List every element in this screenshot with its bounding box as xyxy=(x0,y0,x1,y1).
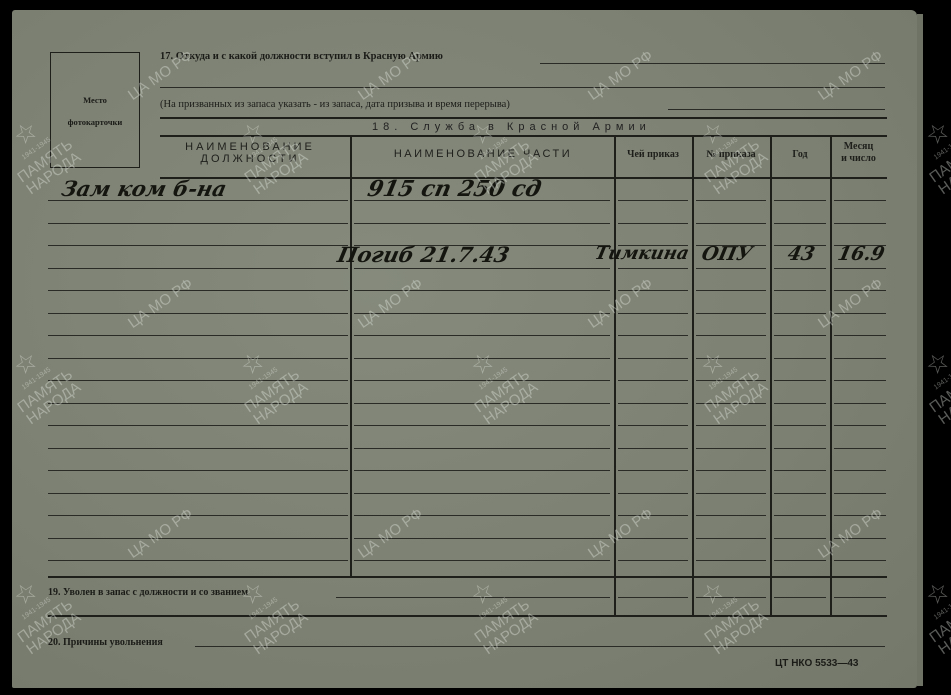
col-header-unit: НАИМЕНОВАНИЕ ЧАСТИ xyxy=(352,148,614,160)
ruled-line xyxy=(774,358,826,359)
ruled-line xyxy=(354,268,610,269)
watermark-years: 1941-1945 xyxy=(918,585,951,633)
ruled-line xyxy=(774,290,826,291)
col-divider-1 xyxy=(350,137,352,577)
ruled-line xyxy=(696,223,766,224)
ruled-line xyxy=(834,470,886,471)
field20-label: 20. Причины увольнения xyxy=(48,637,163,648)
ruled-line xyxy=(48,245,348,246)
watermark-line2: НАРОДА xyxy=(936,149,951,197)
ruled-line xyxy=(618,597,688,598)
ruled-line xyxy=(618,290,688,291)
photo-label-line1: Место xyxy=(51,95,139,105)
ruled-line xyxy=(48,493,348,494)
col-header-order-no: № приказа xyxy=(692,149,770,161)
watermark-line1: ПАМЯТЬ xyxy=(927,137,951,185)
ruled-line xyxy=(48,380,348,381)
ruled-line xyxy=(774,560,826,561)
ruled-line xyxy=(48,538,348,539)
ruled-line xyxy=(618,403,688,404)
ruled-line xyxy=(48,313,348,314)
ruled-line xyxy=(774,223,826,224)
ruled-line xyxy=(696,200,766,201)
ruled-line xyxy=(834,560,886,561)
ruled-line xyxy=(48,403,348,404)
ruled-line xyxy=(696,538,766,539)
col-header-position: НАИМЕНОВАНИЕ ДОЛЖНОСТИ xyxy=(150,141,350,165)
ruled-line xyxy=(696,470,766,471)
ruled-line xyxy=(774,597,826,598)
col-header-date: Месяц и число xyxy=(830,141,887,165)
ruled-line xyxy=(696,515,766,516)
watermark-years: 1941-1945 xyxy=(918,125,951,173)
ruled-line xyxy=(774,335,826,336)
col-header-date-line1: Месяц xyxy=(830,141,887,153)
ruled-line xyxy=(696,335,766,336)
col-divider-3 xyxy=(692,137,694,615)
watermark-line1: ПАМЯТЬ xyxy=(927,597,951,645)
ruled-line xyxy=(354,223,610,224)
paper-edge xyxy=(917,14,923,686)
ruled-line xyxy=(618,335,688,336)
ruled-line xyxy=(354,493,610,494)
ruled-line xyxy=(834,200,886,201)
ruled-line xyxy=(696,597,766,598)
watermark-line1: ПАМЯТЬ xyxy=(927,367,951,415)
entry1-position: Зам ком б-на xyxy=(59,176,229,201)
ruled-line xyxy=(696,425,766,426)
field17-label: 17. Откуда и с какой должности вступил в… xyxy=(160,51,443,62)
table-bottom-border xyxy=(48,576,887,578)
ruled-line xyxy=(618,470,688,471)
ruled-line xyxy=(48,223,348,224)
ruled-line xyxy=(48,335,348,336)
ruled-line xyxy=(48,470,348,471)
watermark-line2: НАРОДА xyxy=(936,379,951,427)
ruled-line xyxy=(774,515,826,516)
col-divider-2 xyxy=(614,137,616,615)
watermark-line2: НАРОДА xyxy=(936,609,951,657)
ruled-line xyxy=(48,290,348,291)
ruled-line xyxy=(774,403,826,404)
ruled-line xyxy=(774,470,826,471)
ruled-line xyxy=(774,538,826,539)
table-top-border xyxy=(160,135,887,137)
ruled-line xyxy=(834,290,886,291)
ruled-line xyxy=(618,268,688,269)
ruled-line xyxy=(834,403,886,404)
ruled-line xyxy=(834,380,886,381)
ruled-line xyxy=(774,200,826,201)
field19-label: 19. Уволен в запас с должности и со зван… xyxy=(48,587,248,598)
entry2-order-no: ОПУ xyxy=(700,243,755,265)
ruled-line xyxy=(696,448,766,449)
ruled-line xyxy=(696,358,766,359)
ruled-line xyxy=(354,560,610,561)
ruled-line xyxy=(834,313,886,314)
ruled-line xyxy=(48,560,348,561)
entry2-year: 43 xyxy=(786,243,817,265)
ruled-line xyxy=(354,470,610,471)
col-header-year: Год xyxy=(770,149,830,161)
ruled-line xyxy=(696,560,766,561)
ruled-line xyxy=(774,313,826,314)
photo-placeholder-box: Место фотокарточки xyxy=(50,52,140,168)
ruled-line xyxy=(774,425,826,426)
section18-top-rule xyxy=(160,117,887,119)
ruled-line xyxy=(618,493,688,494)
watermark-years: 1941-1945 xyxy=(918,355,951,403)
ruled-line xyxy=(696,380,766,381)
ruled-line xyxy=(834,358,886,359)
field20-underline xyxy=(195,646,885,647)
ruled-line xyxy=(618,358,688,359)
ruled-line xyxy=(618,425,688,426)
ruled-line xyxy=(618,538,688,539)
ruled-line xyxy=(834,268,886,269)
ruled-line xyxy=(834,223,886,224)
field19-line2 xyxy=(48,615,887,617)
ruled-line xyxy=(774,493,826,494)
section18-title: 18. Служба в Красной Армии xyxy=(372,121,651,133)
ruled-line xyxy=(696,403,766,404)
ruled-line xyxy=(354,358,610,359)
col-divider-4 xyxy=(770,137,772,615)
ruled-line xyxy=(618,223,688,224)
ruled-line xyxy=(696,268,766,269)
field19-underline xyxy=(336,597,606,598)
ruled-line xyxy=(618,515,688,516)
ruled-line xyxy=(48,425,348,426)
ruled-line xyxy=(48,358,348,359)
ruled-line xyxy=(834,597,886,598)
photo-label-line2: фотокарточки xyxy=(51,117,139,127)
col-divider-5 xyxy=(830,137,832,615)
ruled-line xyxy=(354,515,610,516)
ruled-line xyxy=(834,335,886,336)
ruled-line xyxy=(774,380,826,381)
entry2-order-by: Тимкина xyxy=(593,243,691,264)
col-header-position-line2: ДОЛЖНОСТИ xyxy=(150,153,350,165)
ruled-line xyxy=(354,335,610,336)
ruled-line xyxy=(834,493,886,494)
ruled-line xyxy=(618,313,688,314)
ruled-line xyxy=(354,403,610,404)
ruled-line xyxy=(696,493,766,494)
field17-note-underline xyxy=(668,109,885,110)
ruled-line xyxy=(354,425,610,426)
col-header-order-by: Чей приказ xyxy=(614,149,692,161)
field17-line2 xyxy=(160,87,885,88)
ruled-line xyxy=(354,448,610,449)
ruled-line xyxy=(774,268,826,269)
ruled-line xyxy=(354,313,610,314)
field17-note: (На призванных из запаса указать - из за… xyxy=(160,99,510,110)
ruled-line xyxy=(354,290,610,291)
ruled-line xyxy=(834,515,886,516)
ruled-line xyxy=(48,515,348,516)
ruled-line xyxy=(618,448,688,449)
col-header-position-line1: НАИМЕНОВАНИЕ xyxy=(150,141,350,153)
col-header-date-line2: и число xyxy=(830,153,887,165)
ruled-line xyxy=(618,380,688,381)
ruled-line xyxy=(618,560,688,561)
ruled-line xyxy=(774,448,826,449)
ruled-line xyxy=(696,313,766,314)
ruled-line xyxy=(354,538,610,539)
entry2-unit: Погиб 21.7.43 xyxy=(335,242,511,267)
field17-underline xyxy=(540,63,885,64)
ruled-line xyxy=(48,268,348,269)
ruled-line xyxy=(618,200,688,201)
ruled-line xyxy=(696,290,766,291)
ruled-line xyxy=(834,448,886,449)
ruled-line xyxy=(834,425,886,426)
ruled-line xyxy=(48,448,348,449)
entry1-unit: 915 сп 250 сд xyxy=(365,176,543,202)
form-code: ЦТ НКО 5533—43 xyxy=(775,658,858,669)
entry2-date: 16.9 xyxy=(836,243,887,265)
ruled-line xyxy=(834,538,886,539)
ruled-line xyxy=(354,380,610,381)
